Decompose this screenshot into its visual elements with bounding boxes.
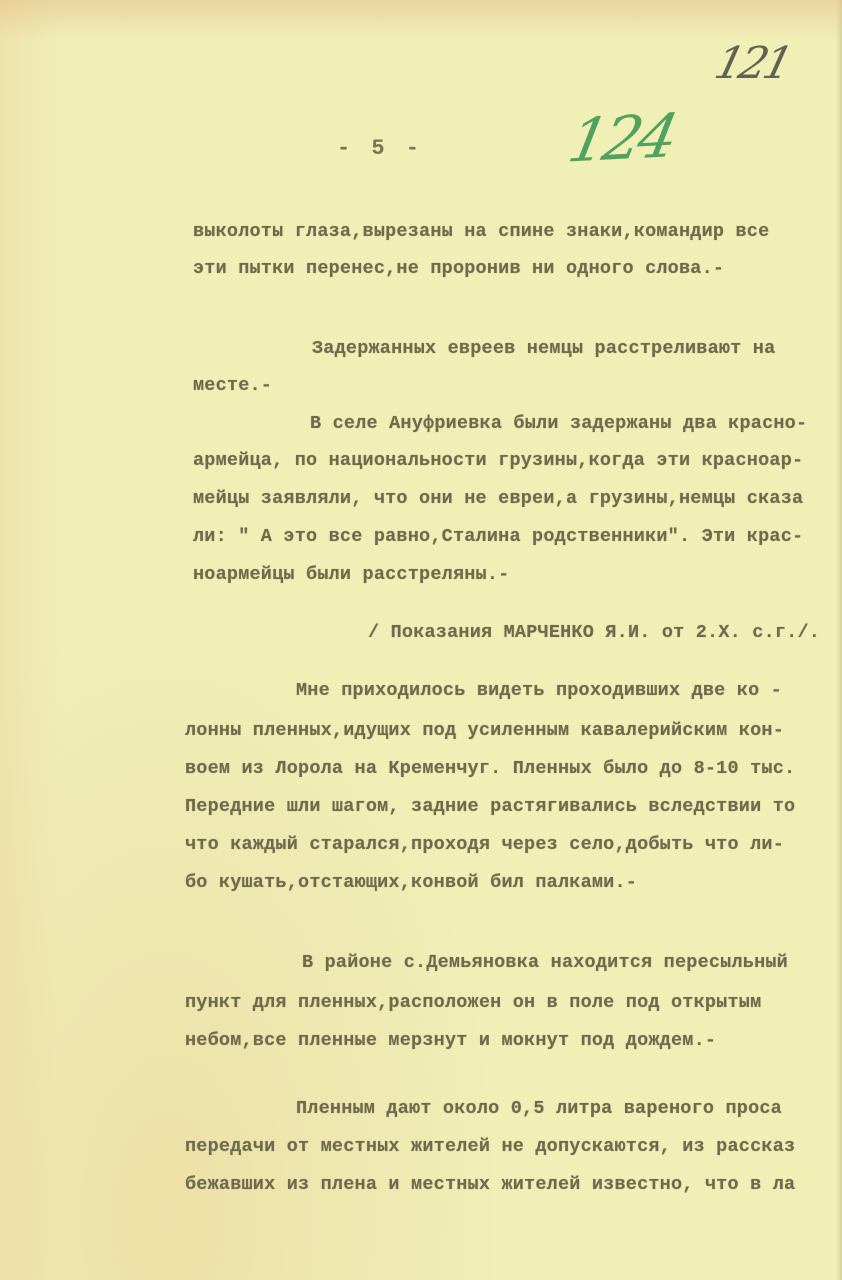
page-number: - 5 -	[337, 136, 423, 161]
text-line: армейца, по национальности грузины,когда…	[193, 450, 803, 471]
text-line: эти пытки перенес,не проронив ни одного …	[193, 258, 724, 279]
text-line: Мне приходилось видеть проходивших две к…	[296, 680, 782, 701]
text-line: лонны пленных,идущих под усиленным кавал…	[185, 720, 784, 741]
text-line: ли: " А это все равно,Сталина родственни…	[193, 526, 803, 547]
testimony-reference: / Показания МАРЧЕНКО Я.И. от 2.Х. с.г./.	[368, 622, 820, 643]
green-folio-number: 124	[563, 101, 680, 176]
text-line: Передние шли шагом, задние растягивались…	[185, 796, 795, 817]
text-line: месте.-	[193, 375, 272, 396]
pencil-folio-number: 121	[710, 38, 795, 89]
text-line: Пленным дают около 0,5 литра вареного пр…	[296, 1098, 782, 1119]
text-line: небом,все пленные мерзнут и мокнут под д…	[185, 1030, 716, 1051]
text-line: пункт для пленных,расположен он в поле п…	[185, 992, 761, 1013]
text-line: воем из Лорола на Кременчуг. Пленных был…	[185, 758, 795, 779]
text-line: бежавших из плена и местных жителей изве…	[185, 1174, 795, 1195]
text-line: Задержанных евреев немцы расстреливают н…	[312, 338, 775, 359]
text-line: передачи от местных жителей не допускают…	[185, 1136, 795, 1157]
text-line: В селе Ануфриевка были задержаны два кра…	[310, 413, 807, 434]
text-line: что каждый старался,проходя через село,д…	[185, 834, 784, 855]
document-page: 121 124 - 5 - выколоты глаза,вырезаны на…	[0, 0, 842, 1280]
text-line: ноармейцы были расстреляны.-	[193, 564, 509, 585]
text-line: В районе с.Демьяновка находится пересыль…	[302, 952, 788, 973]
text-line: мейцы заявляли, что они не евреи,а грузи…	[193, 488, 803, 509]
text-line: бо кушать,отстающих,конвой бил палками.-	[185, 872, 637, 893]
text-line: выколоты глаза,вырезаны на спине знаки,к…	[193, 221, 769, 242]
